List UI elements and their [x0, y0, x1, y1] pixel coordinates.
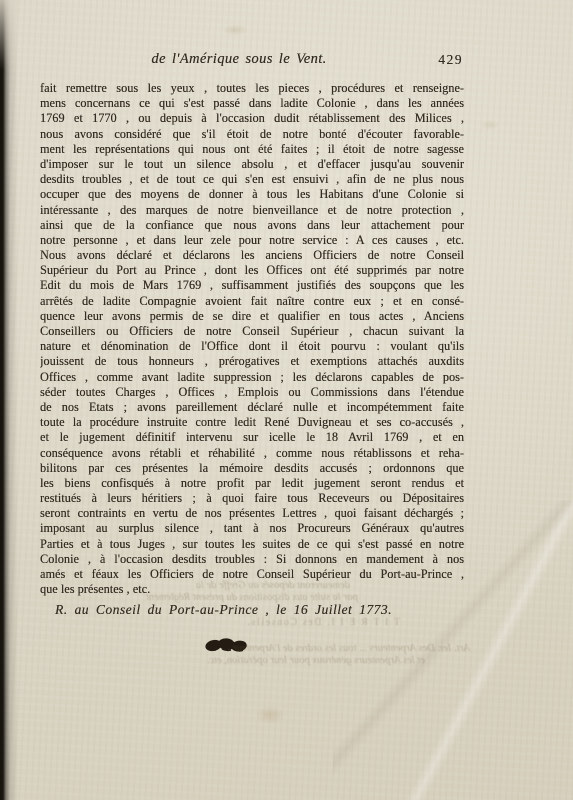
bleedthrough-text: et les Arpenteurs généraux pour leur opé… [243, 655, 425, 666]
body-text-line: nature et dénomination de l'Office dont … [40, 339, 464, 354]
body-text-line: imposant au surplus silence , tant à nos… [40, 521, 464, 536]
paper-stain [480, 120, 500, 130]
body-text-line: les biens confisqués à notre profit par … [40, 476, 464, 491]
body-text-line: occuper que des moyens de donner à tous … [40, 187, 464, 202]
page-number: 429 [438, 52, 463, 68]
body-text-line: arrêtés de ladite Compagnie avoient fait… [40, 294, 464, 309]
body-text-line: 1769 et 1770 , ou depuis à l'occasion du… [40, 111, 464, 126]
body-text-line: mens concernans ce qui s'est passé dans … [40, 96, 464, 111]
page-left-edge-shadow [0, 0, 18, 800]
body-text-line: conséquence avons rétabli et réhabilité … [40, 446, 464, 461]
body-text-line: Parties et à tous Juges , sur toutes les… [40, 537, 464, 552]
body-text-line: séder toutes Charges , Offices , Emplois… [40, 385, 464, 400]
body-text-line: notre personne , et dans leur zele pour … [40, 233, 464, 248]
paper-stain [255, 706, 285, 724]
body-text-line: bilitons par ces présentes la mémoire de… [40, 461, 464, 476]
body-text-line: ainsi que de la confiance que nous avons… [40, 218, 464, 233]
body-text-line: Colonie , à l'occasion desdits troubles … [40, 552, 464, 567]
bleedthrough-text: Art. Ier. Des Arpenteurs ... tous les or… [296, 643, 470, 654]
page-left-edge-fade [0, 0, 18, 70]
body-text-line: desdits troubles , et de tout ce qui s'e… [40, 172, 464, 187]
body-text-line: Edit du mois de Mars 1769 , suffisamment… [40, 278, 464, 293]
body-text-line: seront contraints en vertu de nos présen… [40, 506, 464, 521]
running-title: de l'Amérique sous le Vent. [40, 51, 464, 68]
body-text-line: Conseillers ou Officiers de notre Consei… [40, 324, 464, 339]
body-text-line: Supérieur du Port au Prince , dont les O… [40, 263, 464, 278]
body-text-line: ment les représentations qui nous ont ét… [40, 142, 464, 157]
bleedthrough-text: par la suite aux dispositions du présent… [163, 592, 358, 603]
body-text-line: Offices , comme avant ladite suppression… [40, 370, 464, 385]
signature-line: R. au Conseil du Port-au-Prince , le 16 … [55, 602, 392, 618]
body-text-line: toute la procédure instruite contre ledi… [40, 415, 464, 430]
body-text-line: Nous avons déclaré et déclarons les anci… [40, 248, 464, 263]
page-header: de l'Amérique sous le Vent. 429 [40, 51, 464, 71]
body-text-line: intéressante , des marques de notre bien… [40, 203, 464, 218]
bleedthrough-text: demeureront déposés au Greffe de la [182, 580, 350, 591]
body-text-line: fait remettre sous les yeux , toutes les… [40, 81, 464, 96]
body-text-line: d'imposer sur le tout un silence absolu … [40, 157, 464, 172]
scanned-book-page: de l'Amérique sous le Vent. 429 fait rem… [0, 0, 573, 800]
body-text-line: quence leur avons permis de se dire et q… [40, 309, 464, 324]
body-text-line: et le jugement définitif intervenu sur i… [40, 430, 464, 445]
paper-stain [222, 24, 248, 36]
body-text-block: fait remettre sous les yeux , toutes les… [40, 81, 464, 597]
body-text-line: restitués à leurs héritiers ; à quoi fai… [40, 491, 464, 506]
body-text-line: de nos Etats ; avons pareillement déclar… [40, 400, 464, 415]
body-text-line: nous avons considéré que s'il étoit de n… [40, 127, 464, 142]
bleedthrough-text: T I T R E I I. Des Conseils. [255, 617, 400, 628]
body-text-line: jouissent de tous honneurs , prérogative… [40, 354, 464, 369]
